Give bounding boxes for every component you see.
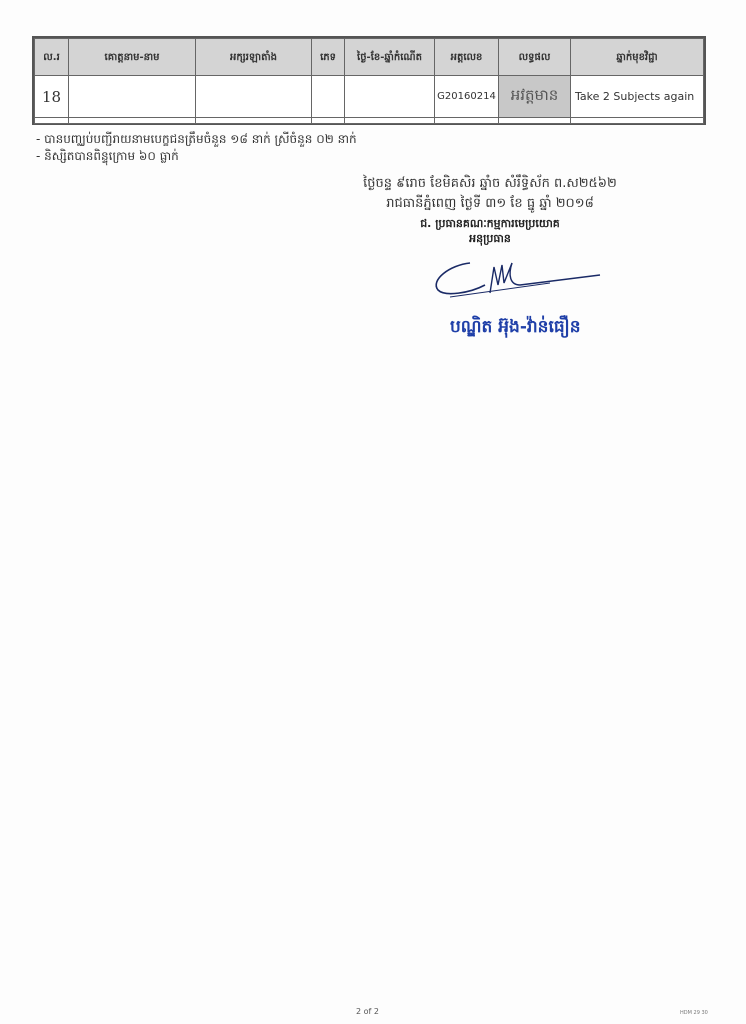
cell-id: G20160214 — [435, 76, 499, 118]
signer-name: បណ្ឌិត អ៊ុង-វ៉ាន់ធឿន — [450, 316, 581, 341]
note-line: - បានបញ្ឈប់បញ្ជីរាយនាមបេក្ខជនត្រឹមចំនួន … — [36, 131, 357, 148]
table-row: 18 G20160214 អវត្តមាន Take 2 Subjects ag… — [35, 76, 704, 118]
footer-code: HDM 29 30 — [680, 1010, 708, 1016]
cell-no: 18 — [35, 76, 69, 118]
header-sex: ភេទ — [312, 39, 345, 76]
deputy-title: អនុប្រធាន — [320, 231, 660, 246]
header-khmer-name: គោត្តនាម-នាម — [69, 39, 196, 76]
cell-remark: Take 2 Subjects again — [571, 76, 704, 118]
header-id: អត្តលេខ — [435, 39, 499, 76]
cell-khmer-name — [69, 76, 196, 118]
cell-latin-name — [196, 76, 312, 118]
notes: - បានបញ្ឈប់បញ្ជីរាយនាមបេក្ខជនត្រឹមចំនួន … — [36, 131, 357, 165]
document-page: ល.រ គោត្តនាម-នាម អក្សរឡាតាំង ភេទ ថ្ងៃ-ខែ… — [0, 0, 746, 1024]
position-title: ជ. ប្រធានគណៈកម្មការមេប្រយោគ — [320, 216, 660, 231]
cell-sex — [312, 76, 345, 118]
results-table: ល.រ គោត្តនាម-នាម អក្សរឡាតាំង ភេទ ថ្ងៃ-ខែ… — [34, 38, 704, 124]
solar-date: រាជធានីភ្នំពេញ ថ្ងៃទី ៣១ ខែ ធ្នូ ឆ្នាំ ២… — [320, 194, 660, 214]
note-line: - និស្សិតបានពិន្ទុក្រោម ៦០ ធ្លាក់ — [36, 148, 357, 165]
header-latin-name: អក្សរឡាតាំង — [196, 39, 312, 76]
table-trailing-row — [35, 118, 704, 124]
cell-dob — [345, 76, 435, 118]
results-table-container: ល.រ គោត្តនាម-នាម អក្សរឡាតាំង ភេទ ថ្ងៃ-ខែ… — [32, 36, 706, 125]
position-block: ជ. ប្រធានគណៈកម្មការមេប្រយោគ អនុប្រធាន — [320, 216, 660, 246]
header-result: លទ្ធផល — [499, 39, 571, 76]
header-dob: ថ្ងៃ-ខែ-ឆ្នាំកំណើត — [345, 39, 435, 76]
cell-result: អវត្តមាន — [499, 76, 571, 118]
date-block: ថ្ងៃចន្ទ ៩រោច ខែមិគសិរ ឆ្នាំច សំរឹទ្ធិស័… — [320, 174, 660, 214]
page-number: 2 of 2 — [356, 1007, 379, 1016]
lunar-date: ថ្ងៃចន្ទ ៩រោច ខែមិគសិរ ឆ្នាំច សំរឹទ្ធិស័… — [320, 174, 660, 194]
signature-icon — [430, 255, 610, 300]
table-header-row: ល.រ គោត្តនាម-នាម អក្សរឡាតាំង ភេទ ថ្ងៃ-ខែ… — [35, 39, 704, 76]
header-remark: ឆ្នាក់មុខវិជ្ជា — [571, 39, 704, 76]
header-no: ល.រ — [35, 39, 69, 76]
